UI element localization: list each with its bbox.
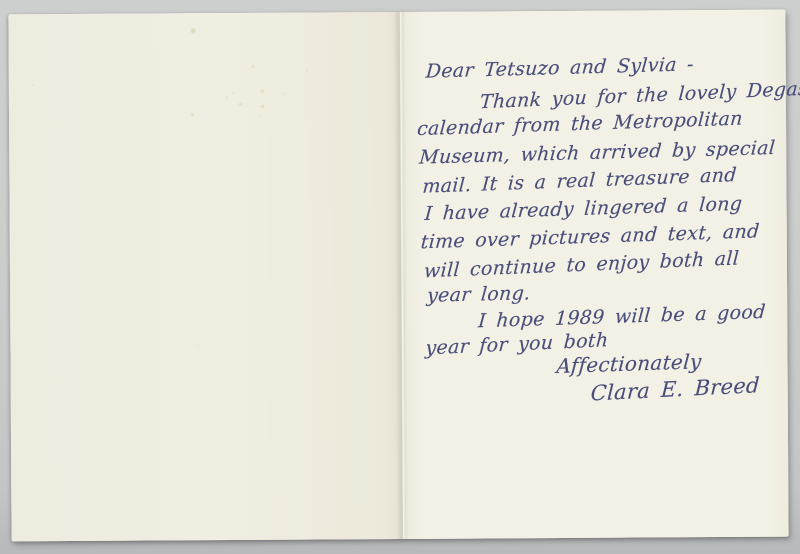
letter-line: I hope 1989 will be a good <box>478 301 767 332</box>
scan-background: Dear Tetsuzo and Sylvia -Thank you for t… <box>0 0 800 554</box>
letter-text-layer: Dear Tetsuzo and Sylvia -Thank you for t… <box>8 10 788 542</box>
letter-line: I have already lingered a long <box>424 193 743 225</box>
letter-line: calendar from the Metropolitan <box>416 108 743 141</box>
letter-line: mail. It is a real treasure and <box>422 164 738 198</box>
letter-line: Affectionately <box>556 349 703 378</box>
letter-line: will continue to enjoy both all <box>423 247 739 282</box>
letter-line: Dear Tetsuzo and Sylvia - <box>425 53 695 82</box>
letter-line: Clara E. Breed <box>590 373 760 406</box>
letter-line: year long. <box>426 282 531 306</box>
greeting-card: Dear Tetsuzo and Sylvia -Thank you for t… <box>8 10 788 542</box>
letter-line: Thank you for the lovely Degas <box>479 78 800 114</box>
